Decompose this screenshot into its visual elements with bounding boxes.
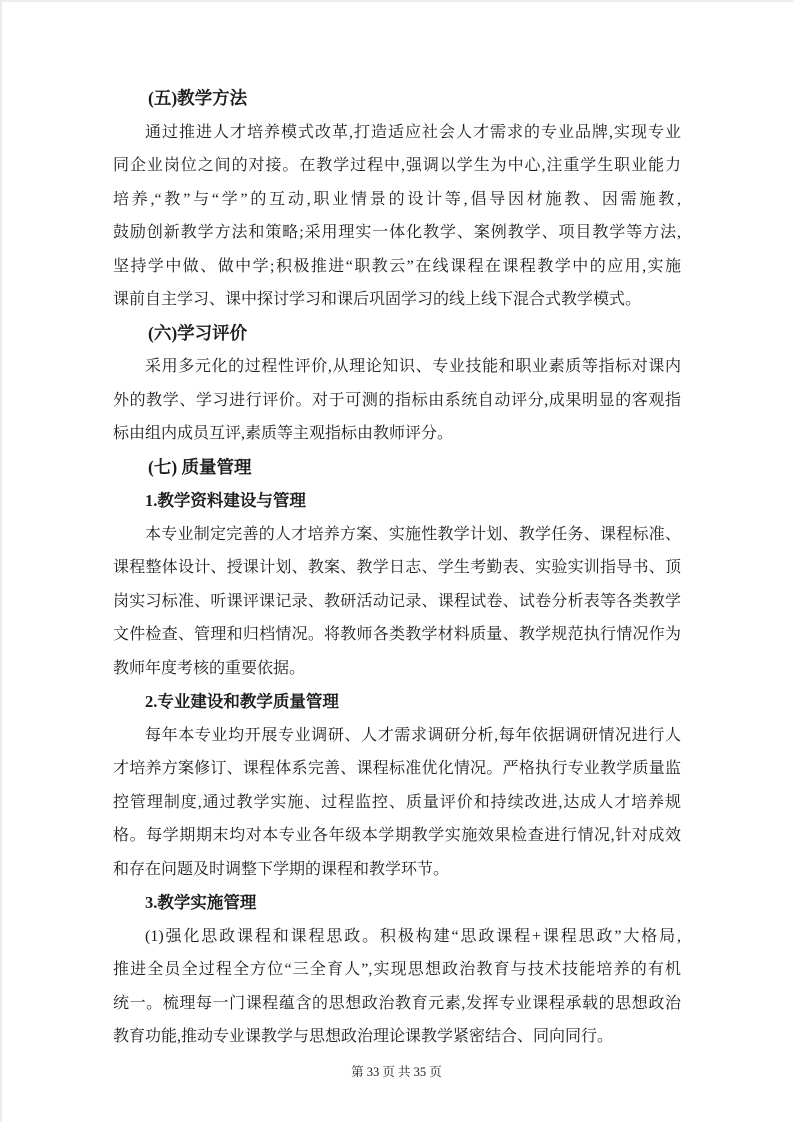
- paragraph-line: 鼓励创新教学方法和策略;采用理实一体化教学、案例教学、项目教学等方法,: [113, 216, 681, 250]
- section-heading: (五)教学方法: [113, 82, 681, 116]
- paragraph-line: 培养,“教”与“学”的互动,职业情景的设计等,倡导因材施教、因需施教,: [113, 183, 681, 217]
- paragraph-line: 控管理制度,通过教学实施、过程监控、质量评价和持续改进,达成人才培养规: [113, 786, 681, 820]
- document-page: (五)教学方法通过推进人才培养模式改革,打造适应社会人才需求的专业品牌,实现专业…: [0, 0, 793, 1122]
- paragraph-line: (1)强化思政课程和课程思政。积极构建“思政课程+课程思政”大格局,: [113, 920, 681, 954]
- paragraph-line: 和存在问题及时调整下学期的课程和教学环节。: [113, 853, 681, 887]
- paragraph-line: 每年本专业均开展专业调研、人才需求调研分析,每年依据调研情况进行人: [113, 719, 681, 753]
- sub-heading: 3.教学实施管理: [113, 886, 681, 920]
- paragraph-line: 本专业制定完善的人才培养方案、实施性教学计划、教学任务、课程标准、: [113, 518, 681, 552]
- paragraph-line: 外的教学、学习进行评价。对于可测的指标由系统自动评分,成果明显的客观指: [113, 384, 681, 418]
- paragraph-line: 才培养方案修订、课程体系完善、课程标准优化情况。严格执行专业教学质量监: [113, 752, 681, 786]
- paragraph-line: 通过推进人才培养模式改革,打造适应社会人才需求的专业品牌,实现专业: [113, 116, 681, 150]
- paragraph-line: 教育功能,推动专业课教学与思想政治理论课教学紧密结合、同向同行。: [113, 1020, 681, 1054]
- paragraph-line: 课前自主学习、课中探讨学习和课后巩固学习的线上线下混合式教学模式。: [113, 283, 681, 317]
- paragraph-line: 标由组内成员互评,素质等主观指标由教师评分。: [113, 417, 681, 451]
- paragraph-line: 文件检查、管理和归档情况。将教师各类教学材料质量、教学规范执行情况作为: [113, 618, 681, 652]
- page-footer: 第 33 页 共 35 页: [0, 1062, 793, 1080]
- paragraph-line: 教师年度考核的重要依据。: [113, 652, 681, 686]
- page-number-label: 第 33 页 共 35 页: [351, 1065, 442, 1079]
- paragraph-line: 同企业岗位之间的对接。在教学过程中,强调以学生为中心,注重学生职业能力: [113, 149, 681, 183]
- paragraph-line: 格。每学期期末均对本专业各年级本学期教学实施效果检查进行情况,针对成效: [113, 819, 681, 853]
- sub-heading: 1.教学资料建设与管理: [113, 484, 681, 518]
- paragraph-line: 统一。梳理每一门课程蕴含的思想政治教育元素,发挥专业课程承载的思想政治: [113, 987, 681, 1021]
- paragraph-line: 岗实习标准、听课评课记录、教研活动记录、课程试卷、试卷分析表等各类教学: [113, 585, 681, 619]
- section-heading: (七) 质量管理: [113, 451, 681, 485]
- paragraph-line: 课程整体设计、授课计划、教案、教学日志、学生考勤表、实验实训指导书、顶: [113, 551, 681, 585]
- sub-heading: 2.专业建设和教学质量管理: [113, 685, 681, 719]
- paragraph-line: 采用多元化的过程性评价,从理论知识、专业技能和职业素质等指标对课内: [113, 350, 681, 384]
- paragraph-line: 坚持学中做、做中学;积极推进“职教云”在线课程在课程教学中的应用,实施: [113, 250, 681, 284]
- document-content: (五)教学方法通过推进人才培养模式改革,打造适应社会人才需求的专业品牌,实现专业…: [113, 82, 681, 1054]
- paragraph-line: 推进全员全过程全方位“三全育人”,实现思想政治教育与技术技能培养的有机: [113, 953, 681, 987]
- section-heading: (六)学习评价: [113, 317, 681, 351]
